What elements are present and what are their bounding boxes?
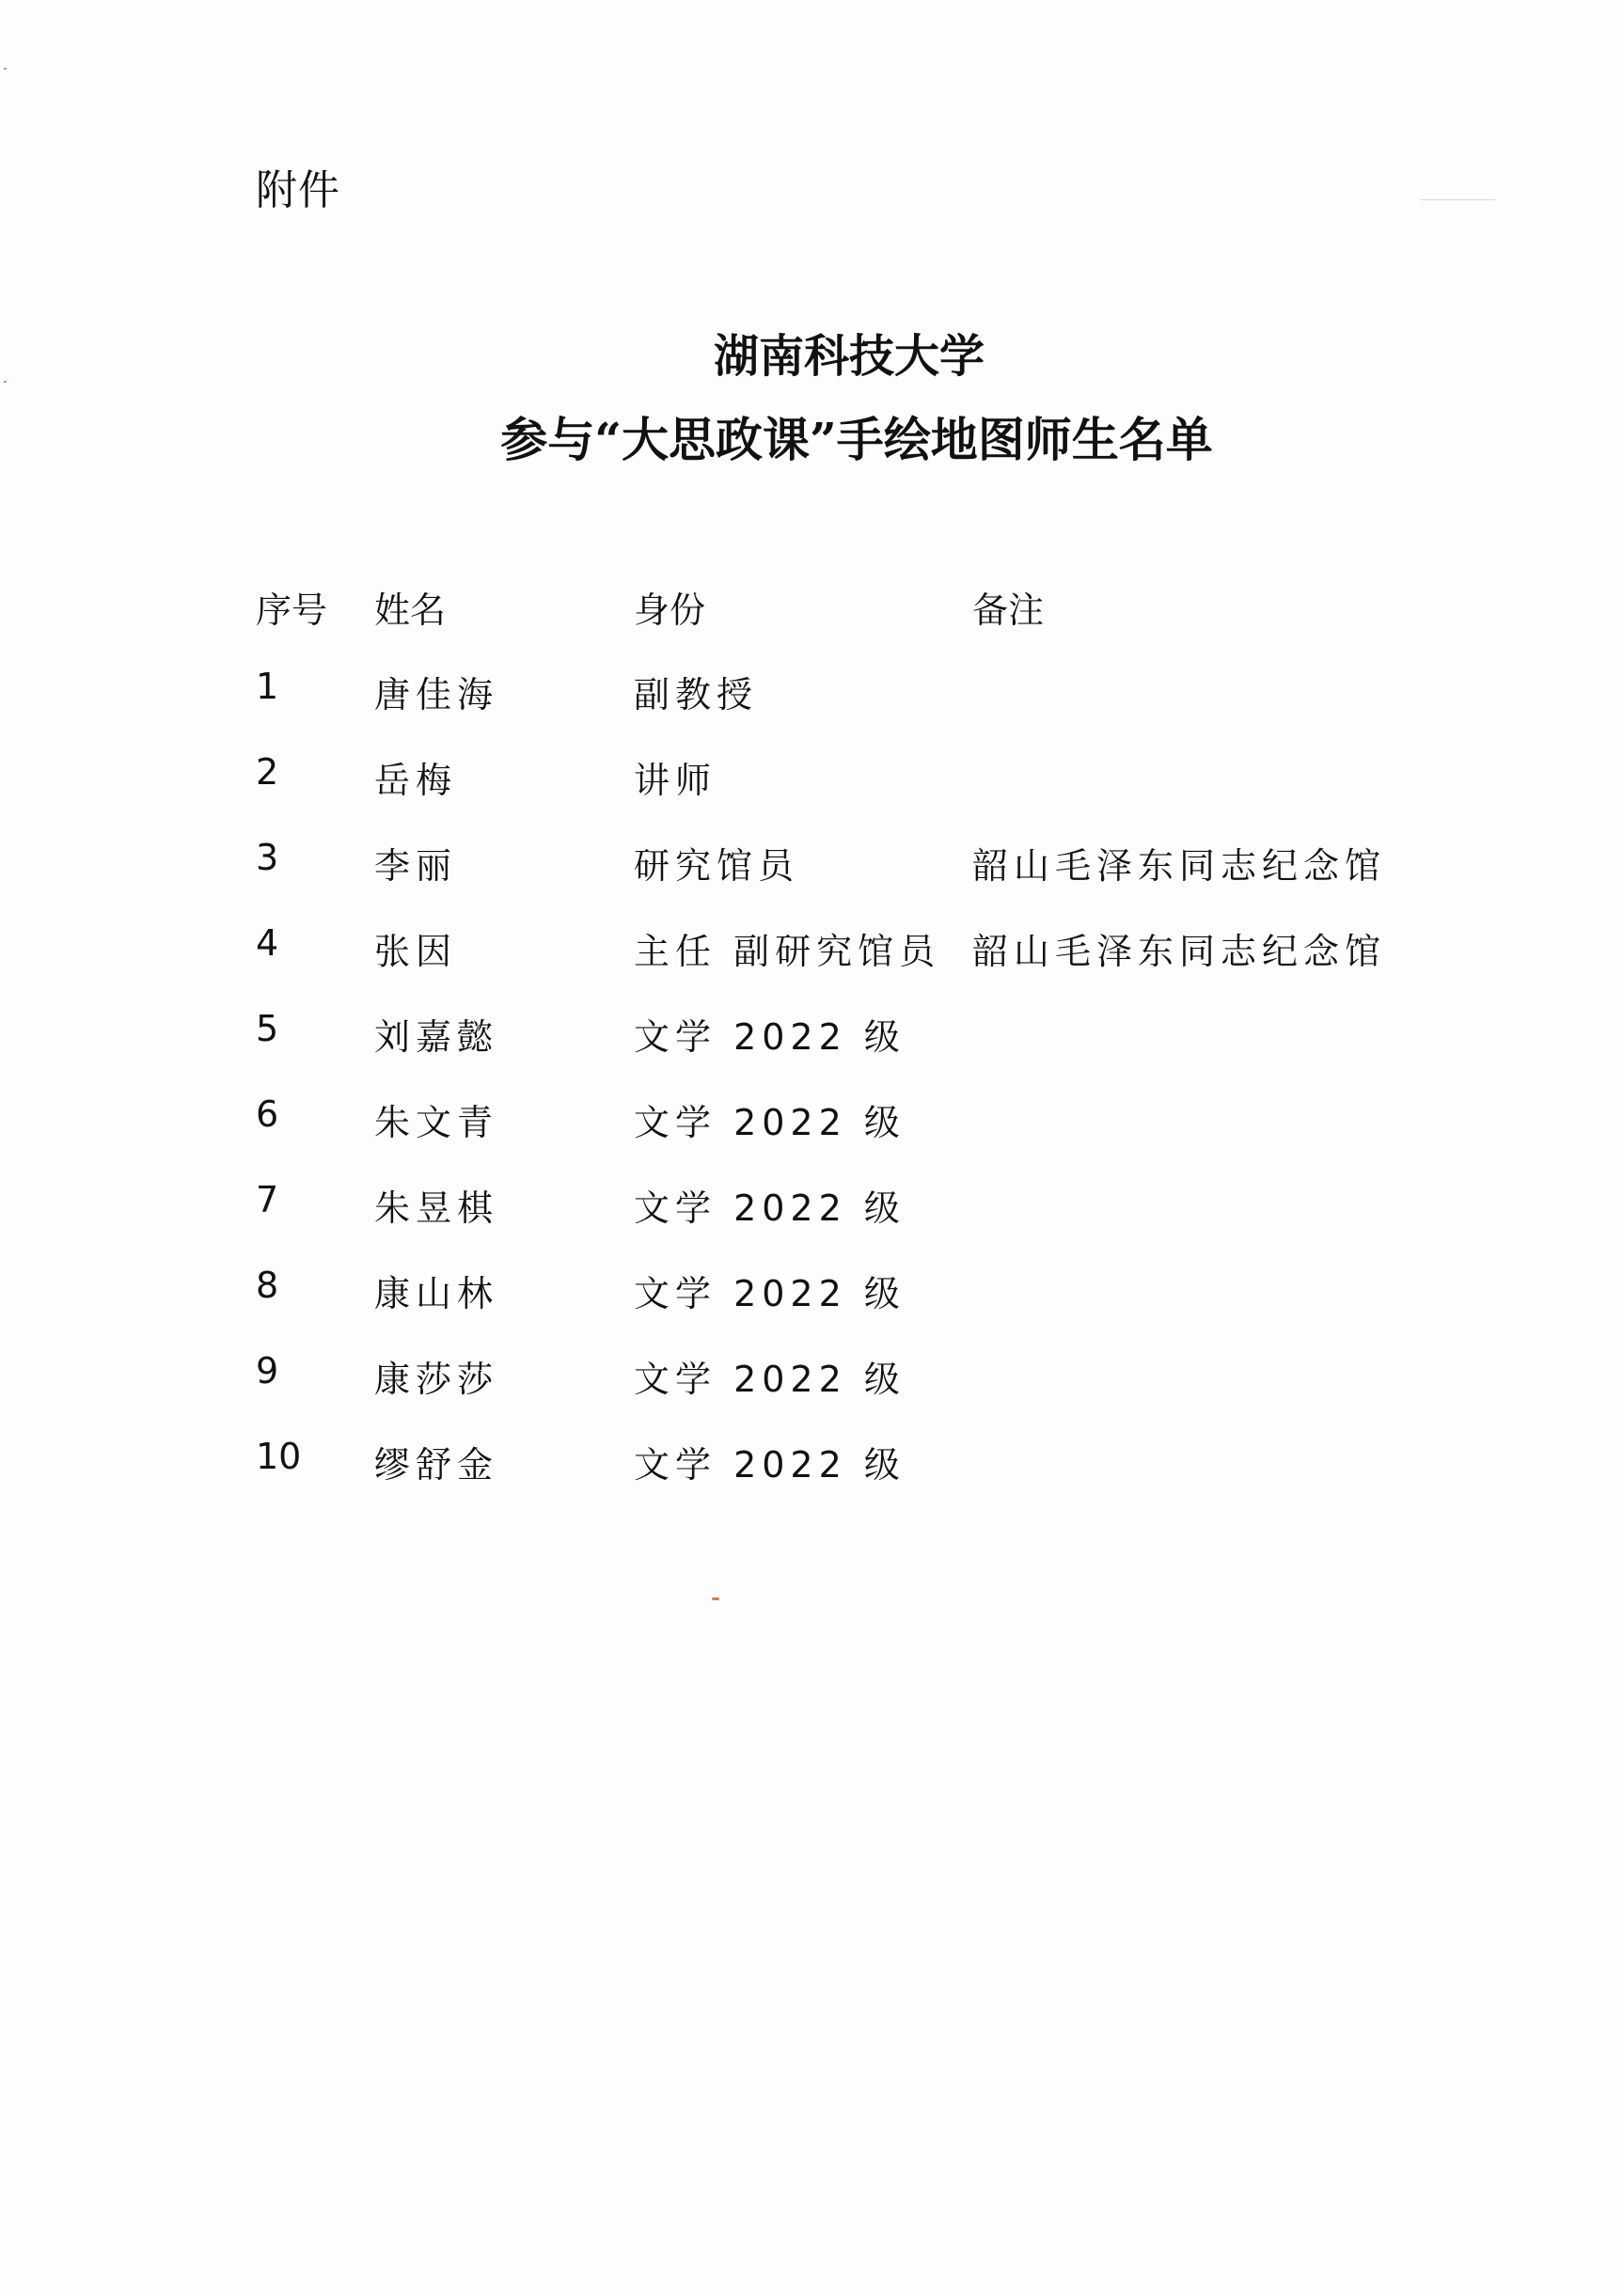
row-role: 文学 2022 级: [634, 1008, 906, 1060]
row-role: 文学 2022 级: [634, 1179, 906, 1231]
row-name: 康山林: [374, 1265, 498, 1316]
row-name: 张因: [374, 922, 457, 974]
scan-edge-mark: [4, 68, 7, 70]
row-name: 唐佳海: [374, 666, 498, 717]
page-title-list: 参与“大思政课”手绘地图师生名单: [0, 402, 1623, 470]
scan-line-mark: [1420, 199, 1495, 200]
row-no: 6: [256, 1093, 278, 1135]
row-no: 10: [256, 1436, 301, 1477]
row-name: 缪舒金: [374, 1436, 498, 1487]
page-title-institution: 湖南科技大学: [38, 320, 1623, 385]
row-no: 4: [256, 922, 278, 964]
scan-artifact-dot: [712, 1597, 719, 1600]
row-role: 文学 2022 级: [634, 1436, 906, 1487]
row-note: 韶山毛泽东同志纪念馆: [972, 837, 1386, 889]
row-no: 8: [256, 1265, 278, 1306]
row-no: 5: [256, 1008, 278, 1049]
header-name: 姓名: [374, 581, 446, 633]
row-name: 岳梅: [374, 751, 457, 803]
header-note: 备注: [972, 581, 1044, 633]
scan-edge-mark: [4, 381, 7, 383]
row-role: 文学 2022 级: [634, 1265, 906, 1316]
header-role: 身份: [634, 581, 705, 633]
row-note: 韶山毛泽东同志纪念馆: [972, 922, 1386, 974]
row-name: 朱昱棋: [374, 1179, 498, 1231]
row-no: 1: [256, 666, 278, 707]
row-role: 研究馆员: [634, 837, 799, 889]
row-role: 主任 副研究馆员: [634, 922, 940, 974]
row-name: 康莎莎: [374, 1350, 498, 1402]
row-no: 3: [256, 837, 278, 878]
row-role: 副教授: [634, 666, 758, 717]
row-name: 刘嘉懿: [374, 1008, 498, 1060]
row-role: 文学 2022 级: [634, 1350, 906, 1402]
row-no: 7: [256, 1179, 278, 1220]
row-role: 文学 2022 级: [634, 1093, 906, 1145]
row-role: 讲师: [634, 751, 717, 803]
row-no: 9: [256, 1350, 278, 1392]
row-name: 李丽: [374, 837, 457, 889]
row-no: 2: [256, 751, 278, 793]
header-no: 序号: [256, 581, 327, 633]
row-name: 朱文青: [374, 1093, 498, 1145]
attachment-label: 附件: [256, 156, 340, 216]
